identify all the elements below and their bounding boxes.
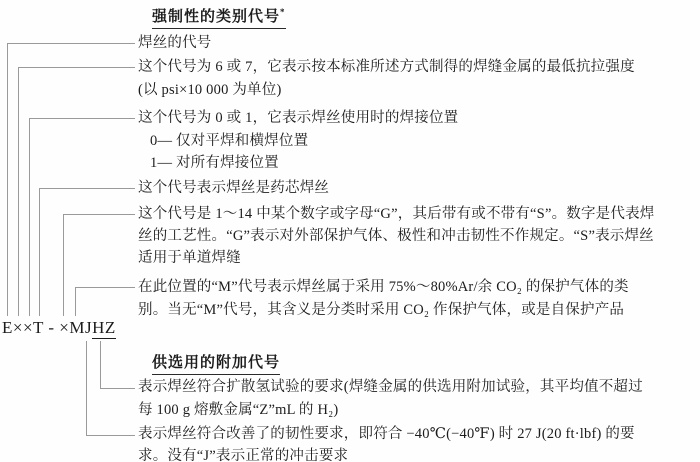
- explanation-usability-line2: 丝的工艺性。“G”表示对外部保护气体、极性和冲击韧性不作规定。“S”表示焊丝: [138, 226, 654, 246]
- explanation-tensile-strength: 这个代号为 6 或 7，它表示按本标准所述方式制得的焊缝金属的最低抗拉强度: [138, 57, 635, 77]
- heading-footnote-marker: *: [280, 7, 286, 17]
- explanation-tensile-strength-unit: (以 psi×10 000 为单位): [138, 80, 281, 100]
- explanation-usability-line1: 这个代号是 1～14 中某个数字或字母“G”，其后带有或不带有“S”。数字是代表…: [138, 204, 654, 224]
- mandatory-section-heading: 强制性的类别代号*: [152, 5, 286, 29]
- explanation-usability-line3: 适用于单道焊缝: [138, 248, 241, 268]
- explanation-shielding-gas-line2: 别。当无“M”代号，其含义是分类时采用 CO₂ 作保护气体，或是自保护产品: [138, 300, 624, 320]
- explanation-flux-cored: 这个代号表示焊丝是药芯焊丝: [138, 178, 329, 198]
- connector-j: [87, 341, 136, 436]
- connector-t: [40, 189, 136, 317]
- classification-code-diagram: 强制性的类别代号* 供选用的附加代号 焊丝的代号 这个代号为 6 或 7，它表示…: [0, 0, 700, 462]
- explanation-hydrogen-test-line1: 表示焊丝符合扩散氢试验的要求(焊缝金属的供选用附加试验，其平均值不超过: [138, 377, 643, 397]
- explanation-welding-position: 这个代号为 0 或 1，它表示焊丝使用时的焊接位置: [138, 108, 458, 128]
- explanation-shielding-gas-line1: 在此位置的“M”代号表示焊丝属于采用 75%～80%Ar/余 CO₂ 的保护气体…: [138, 277, 629, 297]
- position-option-1: 1— 对所有焊接位置: [150, 153, 279, 173]
- classification-code: E××T - ×MJHZ: [2, 318, 116, 338]
- code-prefix: E××T - ×MJ: [2, 318, 92, 337]
- position-option-0: 0— 仅对平焊和横焊位置: [150, 131, 308, 151]
- optional-section-heading: 供选用的附加代号: [152, 351, 280, 375]
- connector-m: [76, 288, 136, 317]
- explanation-wire-designator: 焊丝的代号: [138, 33, 212, 53]
- code-suffix-hz: HZ: [92, 318, 116, 339]
- connector-e: [8, 44, 136, 317]
- mandatory-heading-text: 强制性的类别代号: [152, 9, 280, 25]
- connector-x1: [19, 68, 136, 317]
- explanation-toughness-line2: 求。没有“J”表示正常的冲击要求: [138, 446, 348, 462]
- connector-x3: [64, 215, 136, 317]
- explanation-toughness-line1: 表示焊丝符合改善了的韧性要求，即符合 −40℃(−40℉) 时 27 J(20 …: [138, 424, 635, 444]
- explanation-hydrogen-test-line2: 每 100 g 熔敷金属“Z”mL 的 H₂): [138, 400, 338, 420]
- optional-heading-text: 供选用的附加代号: [152, 355, 280, 371]
- connector-hz: [101, 341, 136, 389]
- connector-x2: [30, 119, 136, 317]
